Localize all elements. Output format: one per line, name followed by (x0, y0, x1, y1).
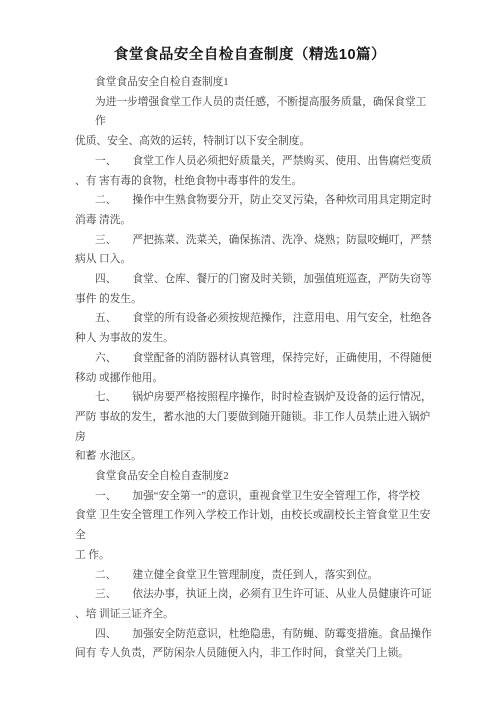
text-line: 为进一步增强食堂工作人员的责任感，不断提高服务质量，确保食堂工作 (75, 93, 434, 132)
text-line: 和蓄 水池区。 (75, 447, 434, 467)
text-line: 七、 锅炉房要严格按照程序操作，时时检查锅炉及设备的运行情况， (75, 388, 434, 408)
section-1-heading: 食堂食品安全自检自查制度1 (75, 73, 434, 93)
text-line: 优质、安全、高效的运转，特制订以下安全制度。 (75, 132, 434, 152)
text-line: 事件 的发生。 (75, 290, 434, 310)
text-line: 二、 建立健全食堂卫生管理制度，责任到人，落实到位。 (75, 566, 434, 586)
section-2-heading: 食堂食品安全自检自查制度2 (75, 467, 434, 487)
text-line: 种人 为事故的发生。 (75, 329, 434, 349)
document-page: 食堂食品安全自检自查制度（精选10篇） 食堂食品安全自检自查制度1 为进一步增强… (0, 0, 500, 707)
text-line: 二、 操作中生熟食物要分开，防止交叉污染，各种炊司用具定期定时 (75, 191, 434, 211)
text-line: 、有 害有毒的食物，杜绝食物中毒事件的发生。 (75, 172, 434, 192)
text-line: 四、 加强安全防范意识，杜绝隐患，有防蝇、防霉变措施。食品操作 (75, 625, 434, 645)
document-body: 食堂食品安全自检自查制度1 为进一步增强食堂工作人员的责任感，不断提高服务质量，… (75, 73, 434, 664)
text-line: 严防 事故的发生，蓄水池的大门要做到随开随锁。非工作人员禁止进入锅炉房 (75, 408, 434, 447)
text-line: 三、 依法办事，执证上岗，必须有卫生许可证、从业人员健康许可证 (75, 585, 434, 605)
text-line: 移动 或挪作他用。 (75, 369, 434, 389)
text-line: 食堂 卫生安全管理工作列入学校工作计划，由校长或副校长主管食堂卫生安全 (75, 506, 434, 545)
text-line: 一、 食堂工作人员必须把好质量关，严禁购买、使用、出售腐烂变质 (75, 152, 434, 172)
text-line: 间有 专人负责，严防闲杂人员随便入内，非工作时间，食堂关门上锁。 (75, 644, 434, 664)
text-line: 三、 严把拣菜、洗菜关，确保拣清、洗净、烧熟；防鼠咬蝇叮，严禁 (75, 231, 434, 251)
text-line: 一、 加强“安全第一”的意识，重视食堂卫生安全管理工作，将学校 (75, 487, 434, 507)
text-line: 病从 口入。 (75, 250, 434, 270)
text-line: 五、 食堂的所有设备必须按规范操作，注意用电、用气安全，杜绝各 (75, 309, 434, 329)
text-line: 四、 食堂、仓库、餐厅的门窗及时关锁，加强值班巡查，严防失窃等 (75, 270, 434, 290)
document-title: 食堂食品安全自检自查制度（精选10篇） (0, 0, 500, 64)
text-line: 、培 训证三证齐全。 (75, 605, 434, 625)
text-line: 消毒 清洗。 (75, 211, 434, 231)
text-line: 工 作。 (75, 546, 434, 566)
text-line: 六、 食堂配备的消防器材认真管理，保持完好，正确使用，不得随便 (75, 349, 434, 369)
